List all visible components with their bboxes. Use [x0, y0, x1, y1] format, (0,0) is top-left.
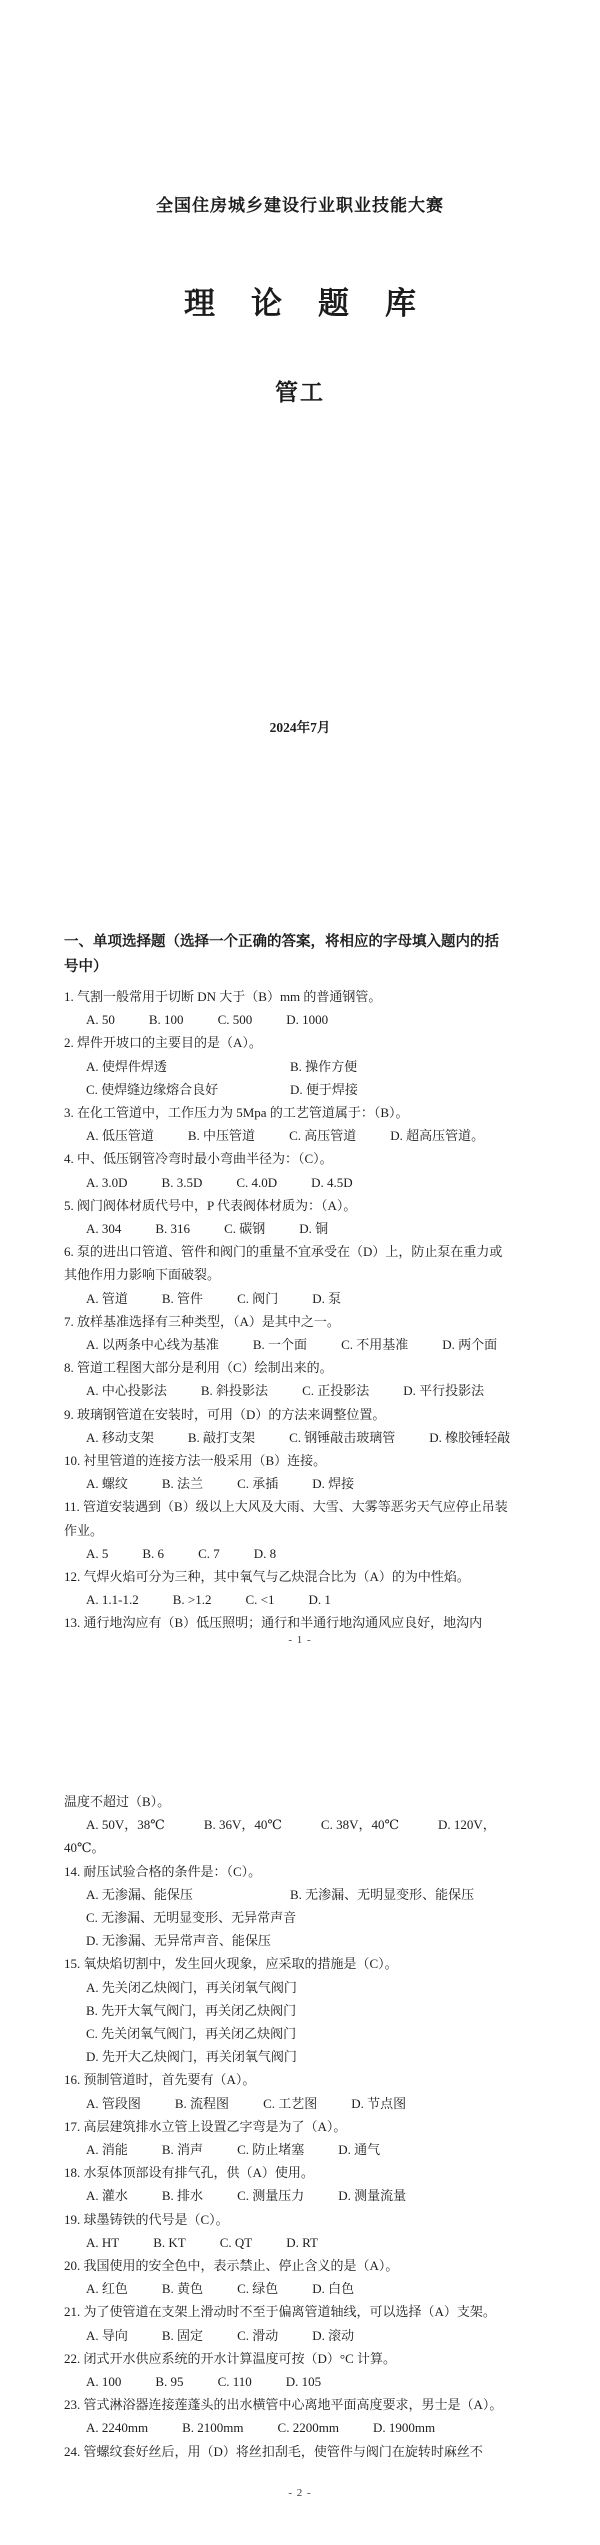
option: D. 通气 [338, 2138, 380, 2161]
option-row: A. 红色B. 黄色C. 绿色D. 白色 [64, 2277, 509, 2300]
document-main-title: 理论题库 [0, 278, 600, 323]
option: D. 105 [286, 2370, 321, 2393]
option: A. 移动支架 [86, 1426, 154, 1449]
option-row: A. 灌水B. 排水C. 测量压力D. 测量流量 [64, 2184, 509, 2207]
question-stem: 12. 气焊火焰可分为三种，其中氧气与乙炔混合比为（A）的为中性焰。 [64, 1565, 509, 1588]
option: B. 100 [149, 1008, 184, 1031]
option: A. 中心投影法 [86, 1379, 167, 1402]
option: A. 灌水 [86, 2184, 128, 2207]
option: B. 6 [142, 1542, 164, 1565]
option: A. 管段图 [86, 2092, 141, 2115]
option: C. 先关闭氧气阀门，再关闭乙炔阀门 [86, 2022, 296, 2045]
option: D. 节点图 [351, 2092, 406, 2115]
option: B. 316 [155, 1217, 190, 1240]
option: A. 使焊件焊透 [86, 1055, 256, 1078]
option: C. 使焊缝边缘熔合良好 [86, 1078, 256, 1101]
question-stem: 13. 通行地沟应有（B）低压照明；通行和半通行地沟通风应良好，地沟内 [64, 1611, 509, 1634]
option: D. 白色 [312, 2277, 354, 2300]
page2-content: 温度不超过（B）。A. 50V，38℃ B. 36V，40℃ C. 38V，40… [64, 1790, 509, 2463]
option: D. 1 [309, 1588, 331, 1611]
question-stem: 11. 管道安装遇到（B）级以上大风及大雨、大雪、大雾等恶劣天气应停止吊装作业。 [64, 1495, 509, 1541]
option: D. 1000 [286, 1008, 328, 1031]
option-row: A. 先关闭乙炔阀门，再关闭氧气阀门 [64, 1976, 509, 1999]
option: B. 黄色 [162, 2277, 203, 2300]
option: C. 2200mm [278, 2416, 339, 2439]
question-stem: 3. 在化工管道中，工作压力为 5Mpa 的工艺管道属于：（B）。 [64, 1101, 509, 1124]
option: C. 工艺图 [263, 2092, 317, 2115]
option: C. 测量压力 [237, 2184, 304, 2207]
option-row: A. 无渗漏、能保压B. 无渗漏、无明显变形、能保压 [64, 1883, 509, 1906]
option: C. 无渗漏、无明显变形、无异常声音 [86, 1906, 296, 1929]
option: C. 不用基准 [341, 1333, 408, 1356]
question-stem: 4. 中、低压钢管冷弯时最小弯曲半径为：（C）。 [64, 1147, 509, 1170]
option: B. 操作方便 [290, 1055, 357, 1078]
option: D. 铜 [299, 1217, 328, 1240]
option-row: A. 中心投影法B. 斜投影法C. 正投影法D. 平行投影法 [64, 1379, 509, 1402]
option: A. 以两条中心线为基准 [86, 1333, 219, 1356]
option: C. 500 [218, 1008, 253, 1031]
page2-questions: 温度不超过（B）。A. 50V，38℃ B. 36V，40℃ C. 38V，40… [64, 1790, 509, 2463]
option: C. <1 [245, 1588, 274, 1611]
question-stem: 2. 焊件开坡口的主要目的是（A）。 [64, 1031, 509, 1054]
option-row: A. 管道B. 管件C. 阀门D. 泵 [64, 1287, 509, 1310]
option-row: A. 使焊件焊透B. 操作方便 [64, 1055, 509, 1078]
option-row: A. 移动支架B. 敲打支架C. 钢锤敲击玻璃管D. 橡胶锤轻敲 [64, 1426, 509, 1449]
page1-content: 一、单项选择题（选择一个正确的答案，将相应的字母填入题内的括号中） 1. 气割一… [64, 930, 509, 1635]
option-row-wrapped: A. 50V，38℃ B. 36V，40℃ C. 38V，40℃ D. 120V… [64, 1813, 509, 1859]
question-stem: 23. 管式淋浴器连接莲蓬头的出水横管中心离地平面高度要求，男士是（A）。 [64, 2393, 509, 2416]
option: A. 2240mm [86, 2416, 148, 2439]
question-stem: 5. 阀门阀体材质代号中，P 代表阀体材质为：（A）。 [64, 1194, 509, 1217]
question-stem: 6. 泵的进出口管道、管件和阀门的重量不宜承受在（D）上，防止泵在重力或其他作用… [64, 1240, 509, 1286]
question-stem: 20. 我国使用的安全色中，表示禁止、停止含义的是（A）。 [64, 2254, 509, 2277]
option: C. 高压管道 [289, 1124, 356, 1147]
option: B. 中压管道 [188, 1124, 255, 1147]
question-stem: 19. 球墨铸铁的代号是（C）。 [64, 2208, 509, 2231]
option: A. 消能 [86, 2138, 128, 2161]
option: D. 1900mm [373, 2416, 435, 2439]
option: A. 低压管道 [86, 1124, 154, 1147]
option: D. 滚动 [312, 2324, 354, 2347]
option: A. 50 [86, 1008, 115, 1031]
option: D. 焊接 [312, 1472, 354, 1495]
option: D. 先开大乙炔阀门，再关闭氧气阀门 [86, 2045, 297, 2068]
option: D. 超高压管道。 [390, 1124, 484, 1147]
option: A. 100 [86, 2370, 121, 2393]
option: C. 正投影法 [302, 1379, 369, 1402]
option: C. 防止堵塞 [237, 2138, 304, 2161]
option: C. 滑动 [237, 2324, 278, 2347]
question-stem: 1. 气割一般常用于切断 DN 大于（B）mm 的普通钢管。 [64, 985, 509, 1008]
option: D. 便于焊接 [290, 1078, 358, 1101]
competition-title: 全国住房城乡建设行业职业技能大赛 [0, 191, 600, 216]
option: C. 承插 [237, 1472, 278, 1495]
option-row: A. 以两条中心线为基准B. 一个面C. 不用基准D. 两个面 [64, 1333, 509, 1356]
option: C. 7 [198, 1542, 220, 1565]
option: B. 流程图 [175, 2092, 229, 2115]
option-row: A. 100B. 95C. 110D. 105 [64, 2370, 509, 2393]
option-row: A. 消能B. 消声C. 防止堵塞D. 通气 [64, 2138, 509, 2161]
option-row: C. 使焊缝边缘熔合良好D. 便于焊接 [64, 1078, 509, 1101]
option: A. 红色 [86, 2277, 128, 2300]
option: A. 1.1-1.2 [86, 1588, 139, 1611]
option: B. 先开大氧气阀门，再关闭乙炔阀门 [86, 1999, 296, 2022]
option-row: C. 先关闭氧气阀门，再关闭乙炔阀门 [64, 2022, 509, 2045]
option: C. 绿色 [237, 2277, 278, 2300]
question-stem: 8. 管道工程图大部分是利用（C）绘制出来的。 [64, 1356, 509, 1379]
option: A. 先关闭乙炔阀门，再关闭氧气阀门 [86, 1976, 297, 1999]
option: D. RT [286, 2231, 318, 2254]
document-page: 全国住房城乡建设行业职业技能大赛 理论题库 管工 2024年7月 一、单项选择题… [0, 0, 600, 2545]
option: A. 3.0D [86, 1171, 128, 1194]
question-stem: 7. 放样基准选择有三种类型，（A）是其中之一。 [64, 1310, 509, 1333]
question-stem: 14. 耐压试验合格的条件是：（C）。 [64, 1860, 509, 1883]
option: A. 管道 [86, 1287, 128, 1310]
option: B. 3.5D [162, 1171, 203, 1194]
option: A. HT [86, 2231, 119, 2254]
option: B. >1.2 [173, 1588, 212, 1611]
option: C. 4.0D [236, 1171, 277, 1194]
option: B. 固定 [162, 2324, 203, 2347]
option: D. 泵 [312, 1287, 341, 1310]
question-stem: 15. 氧炔焰切割中，发生回火现象，应采取的措施是（C）。 [64, 1952, 509, 1975]
option: D. 8 [254, 1542, 276, 1565]
option: B. 管件 [162, 1287, 203, 1310]
option: C. 钢锤敲击玻璃管 [289, 1426, 395, 1449]
option: D. 测量流量 [338, 2184, 406, 2207]
question-stem: 9. 玻璃钢管道在安装时，可用（D）的方法来调整位置。 [64, 1403, 509, 1426]
option: B. 法兰 [162, 1472, 203, 1495]
question-stem: 24. 管螺纹套好丝后，用（D）将丝扣刮毛，使管件与阀门在旋转时麻丝不 [64, 2440, 509, 2463]
trade-subtitle: 管工 [0, 374, 600, 407]
option: C. 碳钢 [224, 1217, 265, 1240]
option: D. 两个面 [442, 1333, 497, 1356]
option: B. 2100mm [182, 2416, 243, 2439]
option: C. 110 [218, 2370, 252, 2393]
option: A. 螺纹 [86, 1472, 128, 1495]
question-stem: 16. 预制管道时，首先要有（A）。 [64, 2068, 509, 2091]
question-stem: 温度不超过（B）。 [64, 1790, 509, 1813]
option-row: D. 无渗漏、无异常声音、能保压 [64, 1929, 509, 1952]
option-row: A. 5B. 6C. 7D. 8 [64, 1542, 509, 1565]
option-row: A. 螺纹B. 法兰C. 承插D. 焊接 [64, 1472, 509, 1495]
question-stem: 22. 闭式开水供应系统的开水计算温度可按（D）°C 计算。 [64, 2347, 509, 2370]
page2-footer: - 2 - [0, 2487, 600, 2499]
option-row: D. 先开大乙炔阀门，再关闭氧气阀门 [64, 2045, 509, 2068]
option: B. 95 [155, 2370, 183, 2393]
question-stem: 10. 衬里管道的连接方法一般采用（B）连接。 [64, 1449, 509, 1472]
document-date: 2024年7月 [0, 716, 600, 736]
option: A. 5 [86, 1542, 108, 1565]
question-stem: 21. 为了使管道在支架上滑动时不至于偏离管道轴线，可以选择（A）支架。 [64, 2300, 509, 2323]
option-row: C. 无渗漏、无明显变形、无异常声音 [64, 1906, 509, 1929]
option-row: A. HTB. KTC. QTD. RT [64, 2231, 509, 2254]
option-row: A. 导向B. 固定C. 滑动D. 滚动 [64, 2324, 509, 2347]
option: B. 排水 [162, 2184, 203, 2207]
option-row: B. 先开大氧气阀门，再关闭乙炔阀门 [64, 1999, 509, 2022]
option: D. 4.5D [311, 1171, 353, 1194]
option-row: A. 低压管道B. 中压管道C. 高压管道D. 超高压管道。 [64, 1124, 509, 1147]
option: B. 敲打支架 [188, 1426, 255, 1449]
option: B. 消声 [162, 2138, 203, 2161]
page1-footer: - 1 - [0, 1634, 600, 1646]
option-row: A. 2240mmB. 2100mmC. 2200mmD. 1900mm [64, 2416, 509, 2439]
option-row: A. 304B. 316C. 碳钢D. 铜 [64, 1217, 509, 1240]
section-heading: 一、单项选择题（选择一个正确的答案，将相应的字母填入题内的括号中） [64, 930, 509, 980]
option-row: A. 1.1-1.2B. >1.2C. <1D. 1 [64, 1588, 509, 1611]
option-row: A. 管段图B. 流程图C. 工艺图D. 节点图 [64, 2092, 509, 2115]
option-row: A. 3.0DB. 3.5DC. 4.0DD. 4.5D [64, 1171, 509, 1194]
option: B. KT [153, 2231, 186, 2254]
option: C. QT [220, 2231, 253, 2254]
option: B. 一个面 [253, 1333, 307, 1356]
option: C. 阀门 [237, 1287, 278, 1310]
option: B. 无渗漏、无明显变形、能保压 [290, 1883, 474, 1906]
option: A. 导向 [86, 2324, 128, 2347]
page1-questions: 1. 气割一般常用于切断 DN 大于（B）mm 的普通钢管。A. 50B. 10… [64, 985, 509, 1635]
option: D. 橡胶锤轻敲 [429, 1426, 510, 1449]
question-stem: 18. 水泵体顶部设有排气孔，供（A）使用。 [64, 2161, 509, 2184]
option: D. 平行投影法 [403, 1379, 484, 1402]
option: D. 无渗漏、无异常声音、能保压 [86, 1929, 271, 1952]
option-row: A. 50B. 100C. 500D. 1000 [64, 1008, 509, 1031]
option: B. 斜投影法 [201, 1379, 268, 1402]
option: A. 304 [86, 1217, 121, 1240]
option: A. 无渗漏、能保压 [86, 1883, 256, 1906]
question-stem: 17. 高层建筑排水立管上设置乙字弯是为了（A）。 [64, 2115, 509, 2138]
